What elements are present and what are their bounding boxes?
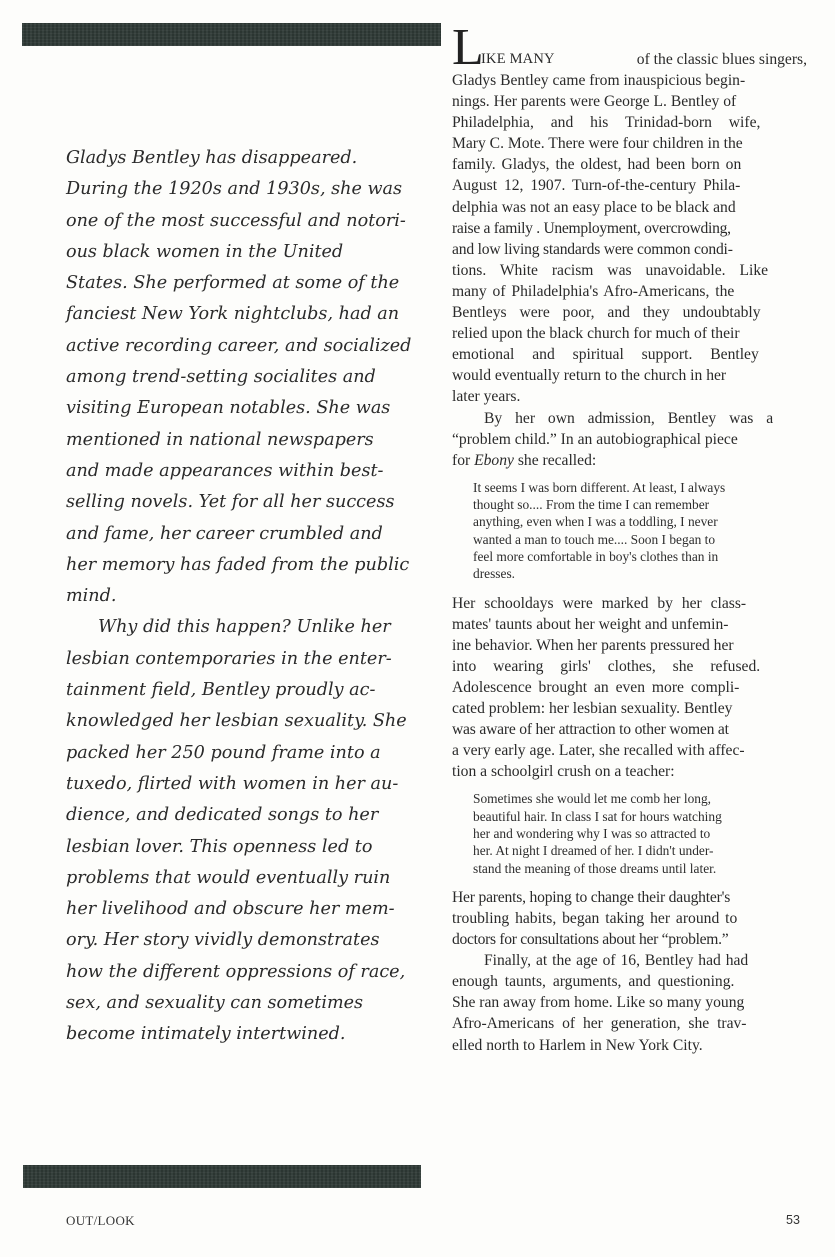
quote-line: Sometimes she would let me comb her long… [473, 790, 807, 807]
body-line: Her schooldays were marked by her class- [452, 593, 807, 614]
deck-line: lesbian contemporaries in the enter- [66, 644, 412, 675]
body-line: By her own admission, Bentley was a [452, 408, 807, 429]
quote-line: It seems I was born different. At least,… [473, 479, 807, 496]
deck-line: ous black women in the United [66, 237, 412, 268]
article-body: L IKE MANY of the classic blues singers,… [452, 28, 807, 1056]
article-paragraph-4: Her parents, hoping to change their daug… [452, 887, 807, 950]
body-line: into wearing girls' clothes, she refused… [452, 656, 807, 677]
body-line: troubling habits, began taking her aroun… [452, 908, 807, 929]
body-line: enough taunts, arguments, and questionin… [452, 971, 807, 992]
body-line: and low living standards were common con… [452, 239, 807, 260]
deck-line: active recording career, and socialized [66, 331, 412, 362]
deck-line: knowledged her lesbian sexuality. She [66, 706, 412, 737]
deck-line: States. She performed at some of the [66, 268, 412, 299]
body-line: Mary C. Mote. There were four children i… [452, 133, 807, 154]
publication-title-ebony: Ebony [474, 452, 514, 469]
deck-line: become intimately intertwined. [66, 1019, 412, 1050]
block-quote-2: Sometimes she would let me comb her long… [473, 790, 807, 876]
body-line: Her parents, hoping to change their daug… [452, 887, 807, 908]
body-line: ine behavior. When her parents pressured… [452, 635, 807, 656]
deck-line: lesbian lover. This openness led to [66, 832, 412, 863]
deck-line: tainment field, Bentley proudly ac- [66, 675, 412, 706]
quote-line: wanted a man to touch me.... Soon I bega… [473, 531, 807, 548]
body-line: Adolescence brought an even more compli- [452, 677, 807, 698]
deck-line: sex, and sexuality can sometimes [66, 988, 412, 1019]
deck-line: dience, and dedicated songs to her [66, 800, 412, 831]
body-line: She ran away from home. Like so many you… [452, 992, 807, 1013]
body-line: Afro-Americans of her generation, she tr… [452, 1013, 807, 1034]
body-line: Philadelphia, and his Trinidad-born wife… [452, 112, 807, 133]
quote-line: her. At night I dreamed of her. I didn't… [473, 842, 807, 859]
deck-line: her memory has faded from the public [66, 550, 412, 581]
article-paragraph-5: Finally, at the age of 16, Bentley had h… [452, 950, 807, 1055]
deck-line: fanciest New York nightclubs, had an [66, 299, 412, 330]
deck-line: and made appearances within best- [66, 456, 412, 487]
deck-line: mentioned in national newspapers [66, 425, 412, 456]
deck-line: her livelihood and obscure her mem- [66, 894, 412, 925]
body-line: many of Philadelphia's Afro-Americans, t… [452, 281, 807, 302]
body-line: would eventually return to the church in… [452, 365, 807, 386]
publication-footer: OUT/LOOK [66, 1213, 135, 1229]
body-line: raise a family . Unemployment, overcrowd… [452, 218, 807, 239]
deck-line: ory. Her story vividly demonstrates [66, 925, 412, 956]
body-line: tions. White racism was unavoidable. Lik… [452, 260, 807, 281]
deck-line: how the different oppressions of race, [66, 957, 412, 988]
deck-line: visiting European notables. She was [66, 393, 412, 424]
body-line: mates' taunts about her weight and unfem… [452, 614, 807, 635]
body-line: tion a schoolgirl crush on a teacher: [452, 761, 807, 782]
deck-paragraph: Why did this happen? Unlike her lesbian … [66, 612, 412, 1050]
body-line: emotional and spiritual support. Bentley [452, 344, 807, 365]
deck-line: one of the most successful and notori- [66, 206, 412, 237]
drop-cap: L [452, 22, 484, 74]
opening-smallcaps: IKE MANY [481, 49, 555, 70]
deck-line: Why did this happen? Unlike her [66, 612, 412, 643]
body-line: cated problem: her lesbian sexuality. Be… [452, 698, 807, 719]
deck-line: and fame, her career crumbled and [66, 519, 412, 550]
body-line: relied upon the black church for much of… [452, 323, 807, 344]
article-paragraph-1: Gladys Bentley came from inauspicious be… [452, 70, 807, 408]
opening-rest: of the classic blues singers, [637, 49, 807, 70]
block-quote-1: It seems I was born different. At least,… [473, 479, 807, 583]
body-line: a very early age. Later, she recalled wi… [452, 740, 807, 761]
quote-line: stand the meaning of those dreams until … [473, 860, 807, 877]
quote-line: anything, even when I was a toddling, I … [473, 513, 807, 530]
body-line: Finally, at the age of 16, Bentley had h… [452, 950, 807, 971]
quote-line: beautiful hair. In class I sat for hours… [473, 808, 807, 825]
body-line: Gladys Bentley came from inauspicious be… [452, 70, 807, 91]
body-line: was aware of her attraction to other wom… [452, 719, 807, 740]
deck-line: During the 1920s and 1930s, she was [66, 174, 412, 205]
body-line: August 12, 1907. Turn-of-the-century Phi… [452, 175, 807, 196]
body-text: she recalled: [514, 452, 596, 469]
quote-line: dresses. [473, 565, 807, 582]
deck-line: problems that would eventually ruin [66, 863, 412, 894]
deck-line: mind. [66, 581, 412, 612]
deck-intro: Gladys Bentley has disappeared. During t… [66, 143, 412, 1051]
deck-line: among trend-setting socialites and [66, 362, 412, 393]
article-paragraph-3: Her schooldays were marked by her class-… [452, 593, 807, 783]
body-line: doctors for consultations about her “pro… [452, 929, 807, 950]
deck-line: Gladys Bentley has disappeared. [66, 143, 412, 174]
page-number: 53 [786, 1213, 800, 1227]
article-opening-line: L IKE MANY of the classic blues singers, [452, 28, 807, 70]
body-line: later years. [452, 386, 807, 407]
quote-line: her and wondering why I was so attracted… [473, 825, 807, 842]
quote-line: thought so.... From the time I can remem… [473, 496, 807, 513]
deck-paragraph: Gladys Bentley has disappeared. During t… [66, 143, 412, 612]
opening-text: IKE MANY of the classic blues singers, [481, 49, 807, 70]
quote-line: feel more comfortable in boy's clothes t… [473, 548, 807, 565]
body-line: “problem child.” In an autobiographical … [452, 429, 807, 450]
article-paragraph-2: By her own admission, Bentley was a “pro… [452, 408, 807, 471]
body-line: family. Gladys, the oldest, had been bor… [452, 154, 807, 175]
body-line: Bentleys were poor, and they undoubtably [452, 302, 807, 323]
deck-line: selling novels. Yet for all her success [66, 487, 412, 518]
body-text: for [452, 452, 474, 469]
top-rule-bar [22, 23, 441, 46]
deck-line: tuxedo, flirted with women in her au- [66, 769, 412, 800]
body-line: for Ebony she recalled: [452, 450, 807, 471]
body-line: elled north to Harlem in New York City. [452, 1035, 807, 1056]
bottom-rule-bar [23, 1165, 421, 1188]
body-line: delphia was not an easy place to be blac… [452, 197, 807, 218]
body-line: nings. Her parents were George L. Bentle… [452, 91, 807, 112]
deck-line: packed her 250 pound frame into a [66, 738, 412, 769]
